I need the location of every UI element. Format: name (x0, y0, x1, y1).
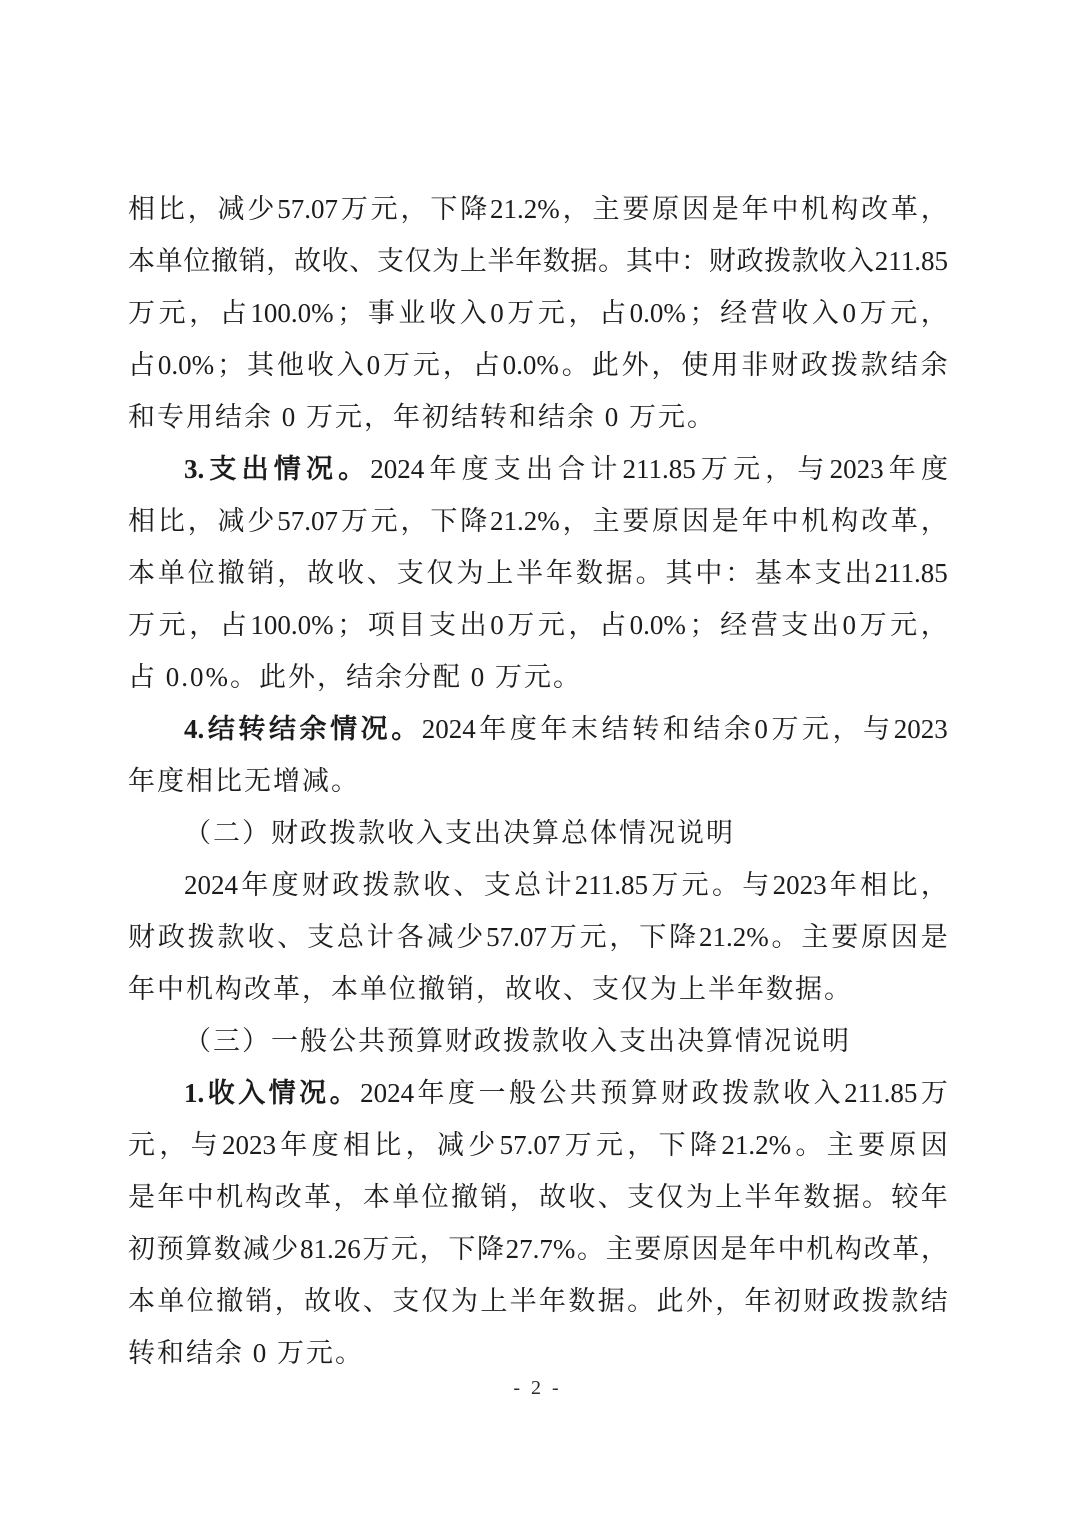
text-line-7: 相比，减少57.07万元，下降21.2%，主要原因是年中机构改革， (128, 495, 948, 547)
text-token: 度 (272, 859, 299, 911)
text-token: 预 (157, 1223, 184, 1275)
text-line-9: 万元，占100.0%；项目支出0万元，占0.0%；经营支出0万元， (128, 599, 948, 651)
text-token: 财 (803, 1275, 830, 1327)
text-token: 预 (600, 1067, 627, 1119)
text-token: 万 (565, 1119, 592, 1171)
text-token: 年 (539, 1275, 566, 1327)
text-line-23: 转和结余 0 万元。 (128, 1327, 948, 1379)
text-token: 原 (652, 495, 679, 547)
text-token: 本 (785, 547, 812, 599)
text-token: 元 (890, 599, 917, 651)
text-token: 。 (636, 547, 663, 599)
text-token: 。 (577, 1223, 604, 1275)
text-token: 入 (238, 1067, 265, 1119)
text-line-22: 本单位撤销，故收、支仅为上半年数据。此外，年初财政拨款结 (128, 1275, 948, 1327)
text-token: 使 (681, 339, 708, 391)
text-token: 主 (592, 495, 619, 547)
text-line-17: （三）一般公共预算财政拨款收入支出决算情况说明 (128, 1015, 948, 1067)
text-token: 半 (745, 1171, 772, 1223)
text-token: 政 (801, 339, 828, 391)
text-token: 此 (656, 1275, 683, 1327)
text-token: 为 (686, 1171, 713, 1223)
text-token: 外 (622, 339, 649, 391)
text-token: 拨 (188, 911, 215, 963)
text-token: 2023 (773, 859, 827, 911)
text-token: 销 (480, 1171, 507, 1223)
text-token: 。 (330, 1067, 357, 1119)
text-token: 是 (712, 495, 739, 547)
text-line-12: 年度相比无增减。 (128, 755, 948, 807)
text-token: 收 (819, 235, 846, 287)
text-token: 减 (218, 495, 245, 547)
text-line-18: 1.收入情况。2024年度一般公共预算财政拨款收入211.85万 (128, 1067, 948, 1119)
text-token: 计 (544, 859, 571, 911)
text-token: 出 (526, 443, 553, 495)
text-token: 非 (741, 339, 768, 391)
text-token: 3. (184, 443, 204, 495)
text-token: 外 (686, 1275, 713, 1327)
text-token: 减 (437, 1119, 464, 1171)
text-token: 半 (516, 547, 543, 599)
text-token: 比 (891, 859, 918, 911)
text-token: 支 (815, 547, 842, 599)
text-token: 销 (247, 547, 274, 599)
text-token: 元 (596, 1119, 623, 1171)
text-token: 结 (891, 339, 918, 391)
text-token: 年 (749, 1223, 776, 1275)
text-token: 公 (539, 1067, 566, 1119)
text-token: 是 (128, 1171, 155, 1223)
text-token: 降 (460, 183, 487, 235)
text-segment: 年中机构改革，本单位撤销，故收、支仅为上半年数据。 (128, 974, 853, 1004)
text-token: 211.85 (622, 443, 695, 495)
document-page: 相比，减少57.07万元，下降21.2%，主要原因是年中机构改革，本单位撤销，故… (0, 0, 1075, 1520)
text-token: 与 (742, 859, 769, 911)
text-token: 相 (343, 1119, 370, 1171)
text-token: 。 (712, 859, 739, 911)
text-token: 其 (247, 339, 274, 391)
text-token: ， (275, 1275, 302, 1327)
text-token: 57.07 (277, 495, 338, 547)
text-token: 支 (377, 235, 404, 287)
text-token: 0.0% (503, 339, 559, 391)
text-line-13: （二）财政拨款收入支出决算总体情况说明 (128, 807, 948, 859)
text-token: 革 (304, 1171, 331, 1223)
text-token: 。 (562, 339, 589, 391)
text-token: 年 (745, 1275, 772, 1327)
text-token: 降 (669, 911, 696, 963)
text-token: 减 (243, 1223, 270, 1275)
text-token: 、 (454, 859, 481, 911)
text-token: 0 (842, 287, 856, 339)
text-token: 拨 (722, 1067, 749, 1119)
text-token: 构 (835, 1223, 862, 1275)
text-token: 较 (891, 1171, 918, 1223)
text-token: 、 (363, 1275, 390, 1327)
text-token: 改 (861, 183, 888, 235)
text-token: ， (627, 1119, 654, 1171)
text-token: 年 (540, 703, 567, 755)
text-token: 出 (460, 599, 487, 651)
text-token: 中 (772, 495, 799, 547)
text-token: 2023 (222, 1119, 276, 1171)
text-token: 为 (456, 547, 483, 599)
text-token: 是 (712, 183, 739, 235)
text-token: 。 (391, 703, 418, 755)
text-token: 机 (806, 1223, 833, 1275)
text-token: ； (337, 287, 364, 339)
text-token: 仅 (422, 1275, 449, 1327)
text-token: 占 (220, 599, 247, 651)
text-token: 经 (720, 287, 747, 339)
text-token: 般 (509, 1067, 536, 1119)
text-token: 位 (422, 1171, 449, 1223)
text-token: 万 (362, 1223, 389, 1275)
text-token: 0.0% (630, 599, 686, 651)
text-token: 仅 (405, 235, 432, 287)
text-token: 财 (771, 339, 798, 391)
text-line-4: 占0.0%；其他收入0万元，占0.0%。此外，使用非财政拨款结余 (128, 339, 948, 391)
text-token: 年 (830, 859, 857, 911)
text-token: 情 (269, 1067, 296, 1119)
text-token: 27.7% (506, 1223, 576, 1275)
text-token: 结 (208, 703, 235, 755)
text-token: 机 (216, 1171, 243, 1223)
page-number: - 2 - (0, 1377, 1075, 1400)
text-token: ， (609, 911, 636, 963)
text-token: 主 (606, 1223, 633, 1275)
text-token: 与 (863, 703, 890, 755)
text-token: 经 (720, 599, 747, 651)
text-token: 总 (337, 911, 364, 963)
text-token: ， (159, 1119, 186, 1171)
text-token: 元 (580, 911, 607, 963)
text-token: 年 (921, 1171, 948, 1223)
text-token: 元 (538, 287, 565, 339)
text-token: 21.2% (699, 911, 769, 963)
text-token: 2024 (184, 859, 238, 911)
text-token: 元 (371, 183, 398, 235)
text-token: 结 (921, 1275, 948, 1327)
text-token: 撤 (451, 1171, 478, 1223)
text-token: 本 (128, 1275, 155, 1327)
text-token: 要 (831, 911, 858, 963)
text-token: 中 (778, 1223, 805, 1275)
text-token: 收 (337, 547, 364, 599)
text-segment: 转和结余 0 万元。 (128, 1338, 364, 1368)
text-token: 数 (803, 1171, 830, 1223)
text-token: 收 (322, 235, 349, 287)
text-token: 因 (682, 495, 709, 547)
text-token: 、 (349, 235, 376, 287)
text-token: 占 (599, 599, 626, 651)
text-line-1: 相比，减少57.07万元，下降21.2%，主要原因是年中机构改革， (128, 183, 948, 235)
text-token: 原 (652, 183, 679, 235)
text-token: 度 (510, 703, 537, 755)
text-token: 各 (397, 911, 424, 963)
text-token: ， (334, 1171, 361, 1223)
text-token: 结 (269, 703, 296, 755)
text-token: ； (337, 599, 364, 651)
text-token: 情 (274, 443, 301, 495)
text-token: 度 (312, 1119, 339, 1171)
text-token: 机 (801, 183, 828, 235)
text-token: 原 (889, 1119, 916, 1171)
text-token: 主 (592, 183, 619, 235)
text-token: 。 (627, 1275, 654, 1327)
text-line-6: 3.支出情况。2024年度支出合计211.85万元，与2023年度 (128, 443, 948, 495)
text-token: 万 (507, 287, 534, 339)
text-token: 撤 (216, 1275, 243, 1327)
text-token: 元 (733, 443, 760, 495)
text-token: 销 (239, 235, 266, 287)
document-body: 相比，减少57.07万元，下降21.2%，主要原因是年中机构改革，本单位撤销，故… (128, 183, 948, 1379)
text-token: ， (715, 1275, 742, 1327)
text-token: 入 (847, 235, 874, 287)
text-segment: 年度相比无增减。 (128, 766, 360, 796)
text-token: 年 (546, 547, 573, 599)
text-token: 单 (156, 235, 183, 287)
text-token: 元 (538, 599, 565, 651)
text-token: 初 (774, 1275, 801, 1327)
text-token: 21.2% (490, 183, 560, 235)
text-token: 年 (280, 1119, 307, 1171)
text-token: 下 (639, 911, 666, 963)
text-token: 要 (622, 495, 649, 547)
text-token: 算 (185, 1223, 212, 1275)
text-line-16: 年中机构改革，本单位撤销，故收、支仅为上半年数据。 (128, 963, 948, 1015)
text-token: ， (921, 859, 948, 911)
text-token: 营 (751, 287, 778, 339)
text-token: 万 (507, 599, 534, 651)
text-token: 因 (692, 1223, 719, 1275)
text-token: 年 (157, 1171, 184, 1223)
text-token: 支 (307, 911, 334, 963)
text-token: 拨 (862, 1275, 889, 1327)
text-token: 万 (860, 287, 887, 339)
text-token: 年 (429, 443, 456, 495)
text-token: 撤 (218, 547, 245, 599)
text-token: 原 (861, 911, 888, 963)
text-token: 。 (862, 1171, 889, 1223)
text-token: 相 (860, 859, 887, 911)
text-token: 度 (921, 443, 948, 495)
text-token: 和 (663, 703, 690, 755)
text-token: ， (833, 703, 860, 755)
text-token: ； (690, 287, 717, 339)
text-token: 0 (842, 599, 856, 651)
text-token: 撤 (211, 235, 238, 287)
text-token: 故 (539, 1171, 566, 1223)
text-token: ； (217, 339, 244, 391)
text-token: 100.0% (250, 287, 333, 339)
text-token: 比 (158, 495, 185, 547)
text-token: 元 (890, 287, 917, 339)
text-token: 为 (451, 1275, 478, 1327)
text-token: 政 (736, 235, 763, 287)
text-token: 万 (771, 703, 798, 755)
text-token: ， (765, 443, 792, 495)
text-token: 款 (891, 1275, 918, 1327)
text-token: 款 (792, 235, 819, 287)
text-token: 况 (299, 1067, 326, 1119)
text-token: 。 (598, 235, 625, 287)
text-token: 财 (709, 235, 736, 287)
text-token: 0 (367, 339, 381, 391)
text-token: 降 (477, 1223, 504, 1275)
text-token: 总 (514, 859, 541, 911)
text-token: 4. (184, 703, 204, 755)
text-token: ， (188, 183, 215, 235)
text-token: ， (406, 1119, 433, 1171)
text-token: 要 (858, 1119, 885, 1171)
text-token: 况 (361, 703, 388, 755)
text-token: ： (725, 547, 752, 599)
text-token: 结 (602, 703, 629, 755)
text-token: 数 (568, 1275, 595, 1327)
text-token: 收 (334, 1275, 361, 1327)
text-line-19: 元，与2023年度相比，减少57.07万元，下降21.2%。主要原因 (128, 1119, 948, 1171)
text-token: 占 (128, 339, 155, 391)
text-token: 年 (418, 1067, 445, 1119)
text-token: 降 (690, 1119, 717, 1171)
text-token: 57.07 (486, 911, 547, 963)
text-token: 拨 (363, 859, 390, 911)
text-token: 2023 (894, 703, 948, 755)
text-line-5: 和专用结余 0 万元，年初结转和结余 0 万元。 (128, 391, 948, 443)
text-token: 他 (277, 339, 304, 391)
text-token: 算 (631, 1067, 658, 1119)
text-token: 情 (330, 703, 357, 755)
text-token: 211.85 (875, 235, 948, 287)
text-line-3: 万元，占100.0%；事业收入0万元，占0.0%；经营收入0万元， (128, 287, 948, 339)
text-token: 要 (622, 183, 649, 235)
text-token: 故 (307, 547, 334, 599)
text-token: 余 (921, 339, 948, 391)
text-token: 年 (742, 495, 769, 547)
text-segment: （三）一般公共预算财政拨款收入支出决算情况说明 (184, 1026, 851, 1056)
text-token: 本 (363, 1171, 390, 1223)
text-token: 中 (187, 1171, 214, 1223)
text-token: 主 (801, 911, 828, 963)
text-token: 比 (158, 183, 185, 235)
text-token: 支 (429, 599, 456, 651)
text-token: 财 (128, 911, 155, 963)
text-token: 因 (921, 1119, 948, 1171)
text-token: 末 (571, 703, 598, 755)
text-token: 况 (306, 443, 333, 495)
text-token: 因 (682, 183, 709, 235)
text-token: 与 (797, 443, 824, 495)
text-token: 故 (294, 235, 321, 287)
text-token: ， (443, 339, 470, 391)
text-segment: （二）财政拨款收入支出决算总体情况说明 (184, 818, 735, 848)
text-token: 减 (218, 183, 245, 235)
text-token: 年 (774, 1171, 801, 1223)
text-token: ， (921, 495, 948, 547)
text-token: 中 (772, 183, 799, 235)
text-token: 元 (128, 1119, 155, 1171)
text-token: 万 (921, 1067, 948, 1119)
text-token: 少 (456, 911, 483, 963)
text-token: 。 (795, 1119, 822, 1171)
text-token: 占 (220, 287, 247, 339)
text-token: 单 (158, 547, 185, 599)
text-token: 用 (711, 339, 738, 391)
text-token: 政 (158, 911, 185, 963)
text-token: 收 (423, 859, 450, 911)
text-token: ， (563, 495, 590, 547)
text-token: 主 (827, 1119, 854, 1171)
text-token: 合 (558, 443, 585, 495)
text-token: 原 (663, 1223, 690, 1275)
text-segment: 占 0.0%。此外，结余分配 0 万元。 (128, 662, 582, 692)
text-token: 年 (742, 183, 769, 235)
text-token: 万 (550, 911, 577, 963)
text-token: 款 (393, 859, 420, 911)
text-line-20: 是年中机构改革，本单位撤销，故收、支仅为上半年数据。较年 (128, 1171, 948, 1223)
text-token: ， (510, 1171, 537, 1223)
text-token: 本 (128, 547, 155, 599)
text-token: 营 (751, 599, 778, 651)
text-token: 、 (367, 547, 394, 599)
text-token: 基 (755, 547, 782, 599)
text-token: 单 (157, 1275, 184, 1327)
text-token: 下 (430, 183, 457, 235)
text-line-11: 4.结转结余情况。2024年度年末结转和结余0万元，与2023 (128, 703, 948, 755)
text-line-8: 本单位撤销，故收、支仅为上半年数据。其中：基本支出211.85 (128, 547, 948, 599)
text-token: 少 (247, 495, 274, 547)
text-token: 元 (391, 1223, 418, 1275)
text-token: 出 (845, 547, 872, 599)
text-token: 相 (128, 183, 155, 235)
text-token: 本 (128, 235, 155, 287)
text-token: 数 (576, 547, 603, 599)
text-token: 转 (632, 703, 659, 755)
text-token: 政 (692, 1067, 719, 1119)
text-token: 211.85 (874, 547, 947, 599)
text-token: 57.07 (277, 183, 338, 235)
text-token: 出 (242, 443, 269, 495)
text-token: 要 (634, 1223, 661, 1275)
text-token: 余 (300, 703, 327, 755)
text-token: ， (568, 287, 595, 339)
text-token: ， (401, 183, 428, 235)
text-token: 出 (812, 599, 839, 651)
text-token: 仅 (656, 1171, 683, 1223)
text-token: 度 (462, 443, 489, 495)
text-token: 万 (383, 339, 410, 391)
text-token: 、 (598, 1171, 625, 1223)
text-token: 比 (374, 1119, 401, 1171)
text-token: 数 (214, 1223, 241, 1275)
text-token: 因 (891, 911, 918, 963)
text-token: 政 (332, 859, 359, 911)
text-token: 入 (460, 287, 487, 339)
text-token: 数 (543, 235, 570, 287)
text-token: 拨 (831, 339, 858, 391)
text-token: 是 (720, 1223, 747, 1275)
text-token: 入 (814, 1067, 841, 1119)
text-token: ： (681, 235, 708, 287)
text-token: 年 (241, 859, 268, 911)
text-line-2: 本单位撤销，故收、支仅为上半年数据。其中：财政拨款收入211.85 (128, 235, 948, 287)
text-token: 万 (860, 599, 887, 651)
text-token: 构 (245, 1171, 272, 1223)
text-token: 万 (128, 599, 155, 651)
text-token: 财 (661, 1067, 688, 1119)
text-token: 81.26 (300, 1223, 361, 1275)
